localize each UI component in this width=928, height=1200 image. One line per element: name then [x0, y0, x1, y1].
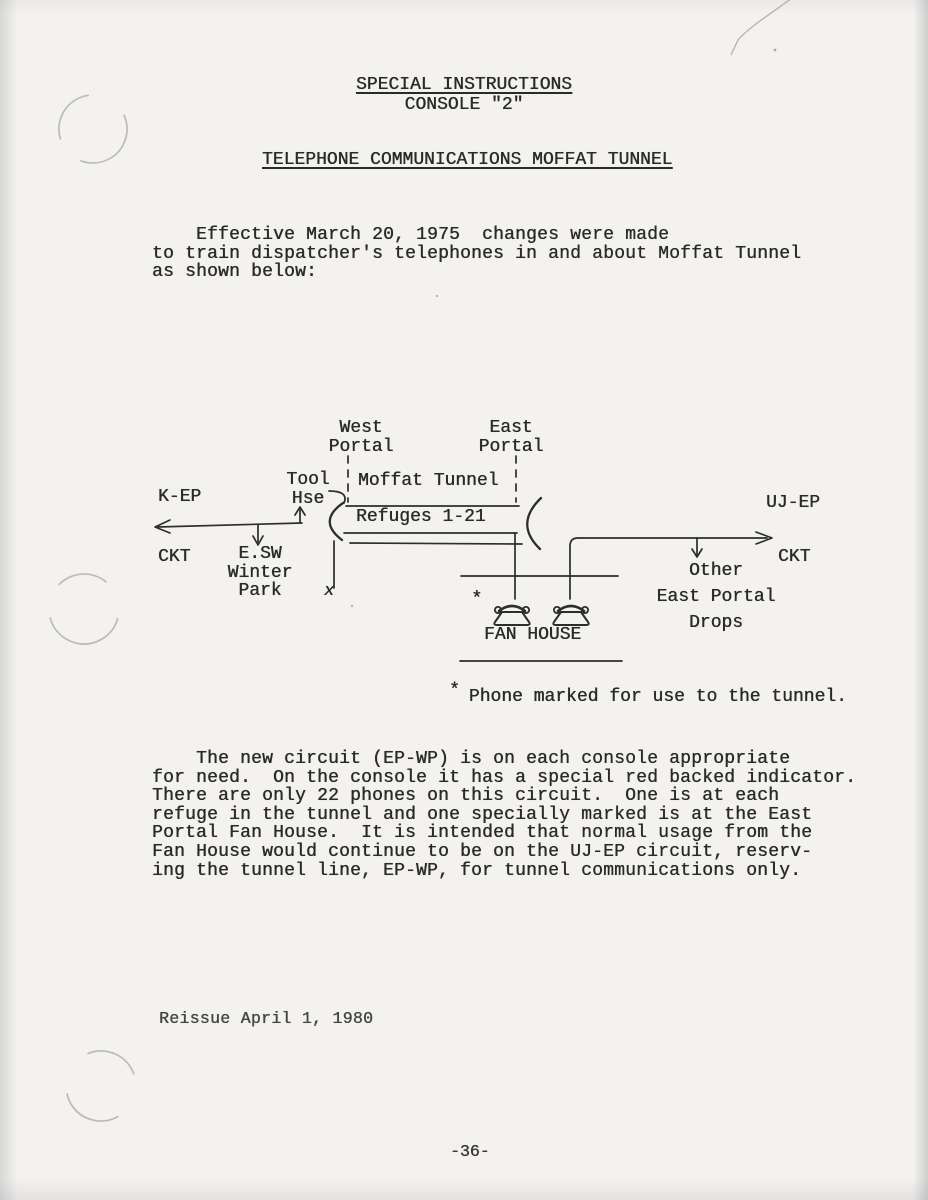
- diagram-artwork: [0, 0, 928, 1200]
- body-paragraph: The new circuit (EP-WP) is on each conso…: [152, 750, 856, 880]
- west-circuit-arrow: [155, 507, 305, 545]
- intro-paragraph: Effective March 20, 1975 changes were ma…: [152, 226, 801, 282]
- scanned-document-page: { "colors": { "ink": "#2a2a2a", "paper":…: [0, 0, 928, 1200]
- label-uj-ep: UJ-EP: [766, 494, 820, 513]
- label-west-portal: West Portal: [329, 419, 394, 456]
- reissue-date: Reissue April 1, 1980: [159, 1010, 373, 1029]
- footnote-asterisk: *: [449, 681, 460, 701]
- label-tool-house: Tool Hse: [286, 471, 329, 508]
- label-k-ep: K-EP: [158, 488, 201, 507]
- telephone-icon: [494, 606, 529, 625]
- label-x-terminator: x: [324, 583, 334, 602]
- title-line1: SPECIAL INSTRUCTIONS: [356, 75, 572, 95]
- footnote: *Phone marked for use to the tunnel.: [449, 687, 847, 707]
- label-moffat-tunnel: Moffat Tunnel: [358, 472, 498, 491]
- label-ckt-west: CKT: [158, 548, 190, 567]
- punch-hole-marks: [41, 84, 149, 1134]
- tunnel-west-mouth: [330, 503, 343, 540]
- footnote-text: Phone marked for use to the tunnel.: [469, 687, 847, 707]
- label-fan-house: FAN HOUSE: [484, 626, 581, 645]
- page-number: -36-: [450, 1143, 490, 1162]
- section-heading: TELEPHONE COMMUNICATIONS MOFFAT TUNNEL: [262, 151, 672, 170]
- telephone-icon: [553, 606, 588, 625]
- page-title-block: SPECIAL INSTRUCTIONS CONSOLE "2": [0, 76, 928, 115]
- paper-crease: [731, 0, 792, 55]
- scan-speck: [774, 49, 777, 52]
- label-refuges: Refuges 1-21: [356, 508, 486, 527]
- marked-phone-asterisk: *: [471, 590, 482, 609]
- title-line2: CONSOLE "2": [0, 96, 928, 116]
- tool-house-connector: [329, 491, 345, 503]
- label-ckt-east: CKT: [778, 548, 810, 567]
- label-esw-winter-park: E.SW Winter Park: [228, 545, 293, 601]
- label-east-portal: East Portal: [479, 419, 544, 456]
- label-other-east-portal-drops: Other East Portal Drops: [657, 558, 776, 636]
- scan-speck: [436, 295, 438, 297]
- tunnel-east-mouth: [527, 498, 541, 549]
- scan-speck: [351, 605, 353, 607]
